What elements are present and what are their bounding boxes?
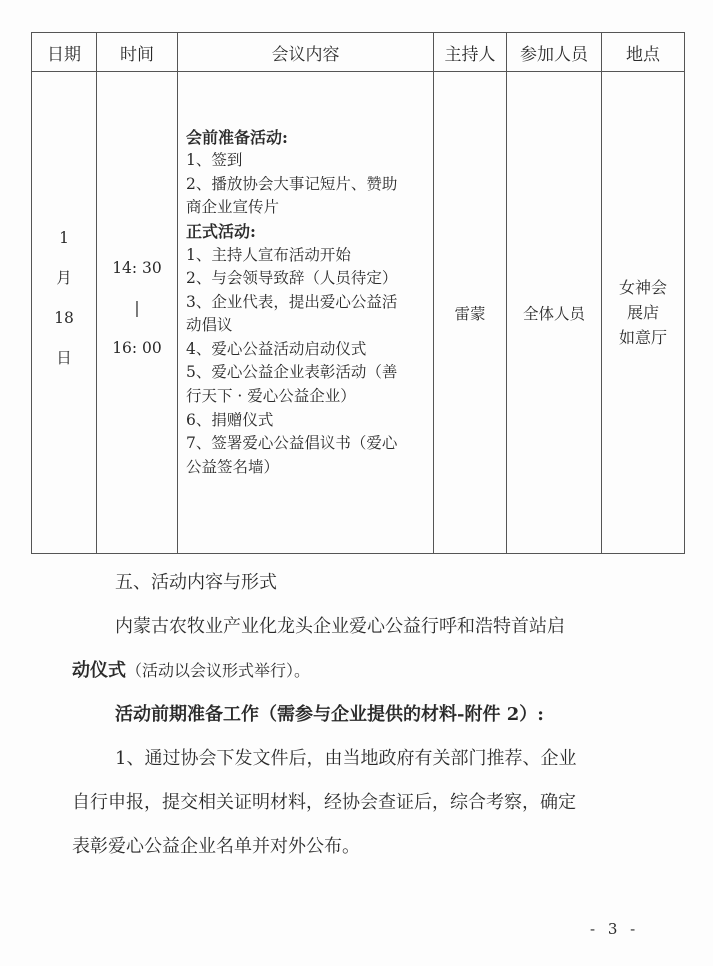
date-part: 月 bbox=[32, 258, 96, 298]
date-part: 日 bbox=[32, 338, 96, 378]
location-line: 如意厅 bbox=[602, 325, 684, 350]
time-separator: | bbox=[97, 288, 177, 328]
page-number: - 3 - bbox=[590, 920, 639, 938]
header-location: 地点 bbox=[602, 33, 685, 72]
start-time: 14: 30 bbox=[97, 248, 177, 288]
content-item: 1、主持人宣布活动开始 bbox=[186, 244, 433, 268]
content-item: 6、捐赠仪式 bbox=[186, 409, 433, 433]
header-content: 会议内容 bbox=[178, 33, 434, 72]
content-item: 公益签名墙） bbox=[186, 456, 433, 480]
content-item: 1、签到 bbox=[186, 149, 433, 173]
header-attendees: 参加人员 bbox=[507, 33, 602, 72]
section-heading: 五、活动内容与形式 bbox=[115, 568, 713, 594]
item1-line-1: 1、通过协会下发文件后，由当地政府有关部门推荐、企业 bbox=[115, 744, 713, 770]
intro-line-2: 动仪式（活动以会议形式举行）。 bbox=[72, 656, 713, 682]
content-subheading: 会前准备活动: bbox=[186, 126, 433, 150]
date-part: 18 bbox=[32, 298, 96, 338]
document-page: 日期 时间 会议内容 主持人 参加人员 地点 1 月 18 日 14: 30 |… bbox=[0, 0, 713, 966]
content-item: 2、与会领导致辞（人员待定） bbox=[186, 267, 433, 291]
header-time: 时间 bbox=[97, 33, 178, 72]
prep-heading: 活动前期准备工作（需参与企业提供的材料-附件 2）: bbox=[115, 700, 713, 726]
content-item: 2、播放协会大事记短片、赞助 bbox=[186, 173, 433, 197]
table-header-row: 日期 时间 会议内容 主持人 参加人员 地点 bbox=[32, 33, 685, 72]
item1-line-3: 表彰爱心公益企业名单并对外公布。 bbox=[72, 832, 713, 858]
location-line: 展店 bbox=[602, 300, 684, 325]
attendees-cell: 全体人员 bbox=[507, 72, 602, 554]
content-item: 行天下 · 爱心公益企业） bbox=[186, 385, 433, 409]
content-item: 7、签署爱心公益倡议书（爱心 bbox=[186, 432, 433, 456]
header-host: 主持人 bbox=[434, 33, 507, 72]
header-date: 日期 bbox=[32, 33, 97, 72]
content-subheading: 正式活动: bbox=[186, 220, 433, 244]
date-cell: 1 月 18 日 bbox=[32, 72, 97, 554]
content-item: 动倡议 bbox=[186, 314, 433, 338]
content-cell: 会前准备活动:1、签到2、播放协会大事记短片、赞助商企业宣传片正式活动:1、主持… bbox=[178, 72, 434, 554]
content-item: 4、爱心公益活动启动仪式 bbox=[186, 338, 433, 362]
date-part: 1 bbox=[32, 218, 96, 258]
intro-rest: （活动以会议形式举行）。 bbox=[126, 661, 310, 680]
table-row: 1 月 18 日 14: 30 | 16: 00 会前准备活动:1、签到2、播放… bbox=[32, 72, 685, 554]
end-time: 16: 00 bbox=[97, 328, 177, 368]
time-cell: 14: 30 | 16: 00 bbox=[97, 72, 178, 554]
host-cell: 雷蒙 bbox=[434, 72, 507, 554]
item1-line-2: 自行申报，提交相关证明材料，经协会查证后，综合考察，确定 bbox=[72, 788, 713, 814]
intro-bold: 动仪式 bbox=[72, 660, 126, 681]
content-item: 商企业宣传片 bbox=[186, 196, 433, 220]
location-cell: 女神会 展店 如意厅 bbox=[602, 72, 685, 554]
location-line: 女神会 bbox=[602, 275, 684, 300]
intro-line-1: 内蒙古农牧业产业化龙头企业爱心公益行呼和浩特首站启 bbox=[115, 612, 713, 638]
content-item: 3、企业代表，提出爱心公益活 bbox=[186, 291, 433, 315]
content-item: 5、爱心公益企业表彰活动（善 bbox=[186, 361, 433, 385]
schedule-table: 日期 时间 会议内容 主持人 参加人员 地点 1 月 18 日 14: 30 |… bbox=[31, 32, 685, 554]
